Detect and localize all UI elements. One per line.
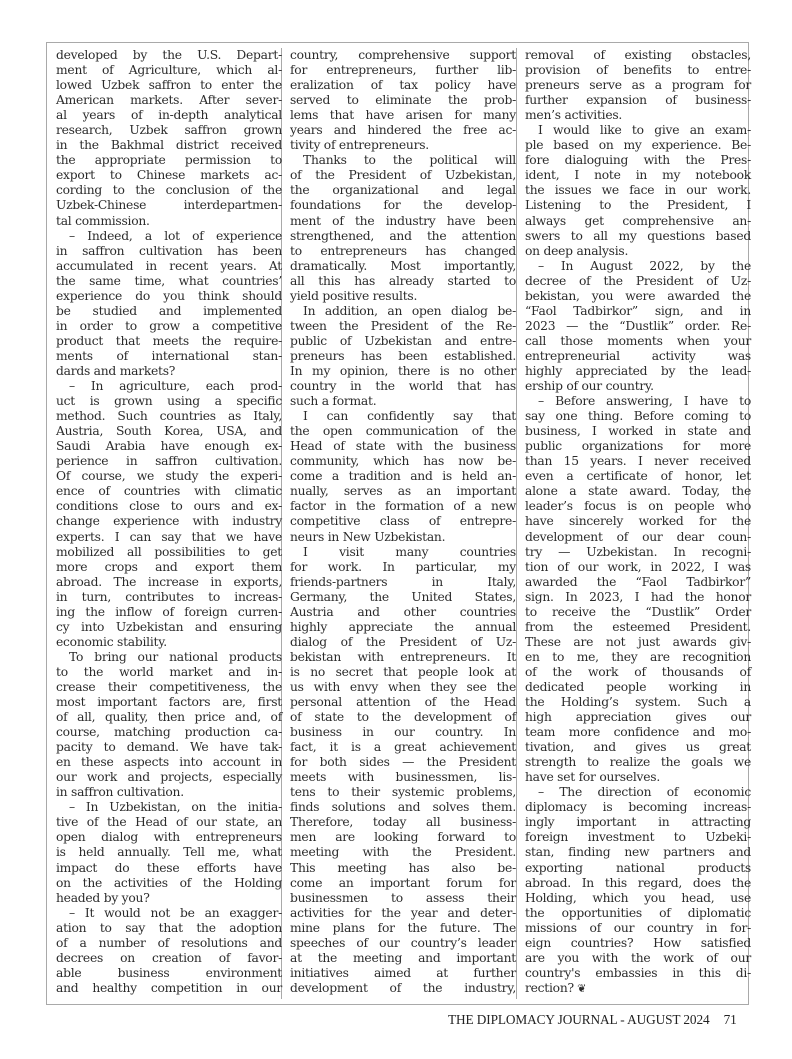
text-line: en to me, they are recognition — [525, 650, 751, 665]
text-line: mobilized all possibilities to get — [56, 545, 282, 560]
line-text: most important factors are, first — [56, 695, 282, 709]
text-line: Austria, South Korea, USA, and — [56, 424, 282, 439]
text-line: country, comprehensive support — [290, 48, 516, 63]
line-text: all this has already started to — [290, 274, 516, 288]
text-line: – Indeed, a lot of experience — [56, 229, 282, 244]
text-line: and healthy competition in our — [56, 981, 282, 996]
line-text: perience in saffron cultivation. — [56, 454, 282, 468]
text-line: business, I worked in state and — [525, 424, 751, 439]
text-line: tivation, and gives us great — [525, 740, 751, 755]
line-text: have sincerely worked for the — [525, 514, 751, 528]
text-line: at the meeting and important — [290, 951, 516, 966]
text-line: country in the world that has — [290, 379, 516, 394]
text-line: have sincerely worked for the — [525, 514, 751, 529]
text-line: en these aspects into account in — [56, 755, 282, 770]
line-text: highly appreciated by the lead- — [525, 364, 751, 378]
line-text: en to me, they are recognition — [525, 650, 751, 664]
line-text: nually, serves as an important — [290, 484, 516, 498]
line-text: mine plans for the future. The — [290, 921, 516, 935]
text-line: In addition, an open dialog be- — [290, 304, 516, 319]
text-line: bekistan with entrepreneurs. It — [290, 650, 516, 665]
text-line: Holding, which you head, use — [525, 891, 751, 906]
text-line: fore dialoguing with the Pres- — [525, 153, 751, 168]
line-text: ment of Agriculture, which al- — [56, 63, 282, 77]
line-text: for both sides — the President — [290, 755, 516, 769]
line-text: from the esteemed President. — [525, 620, 751, 634]
text-line: ment of Agriculture, which al- — [56, 63, 282, 78]
line-text: Therefore, today all business- — [290, 815, 516, 829]
text-line: developed by the U.S. Depart- — [56, 48, 282, 63]
line-text: years and hindered the free ac- — [290, 123, 516, 137]
line-text: I can confidently say that — [303, 409, 516, 423]
line-text: exporting national products — [525, 861, 751, 875]
line-text: Listening to the President, I — [525, 198, 751, 212]
line-text: research, Uzbek saffron grown — [56, 123, 282, 137]
text-line: ing the inflow of foreign curren- — [56, 605, 282, 620]
line-text: This meeting has also be- — [290, 861, 516, 875]
text-line: us with envy when they see the — [290, 680, 516, 695]
text-line: ence of countries with climatic — [56, 484, 282, 499]
line-text: have set for ourselves. — [525, 770, 660, 784]
line-text: – It would not be an exagger- — [69, 906, 282, 920]
line-text: lowed Uzbek saffron to enter the — [56, 78, 282, 92]
line-text: stan, finding new partners and — [525, 845, 751, 859]
line-text: abroad. In this regard, does the — [525, 876, 751, 890]
line-text: in saffron cultivation. — [56, 785, 184, 799]
text-line: fact, it is a great achievement — [290, 740, 516, 755]
text-line: rection? ❦ — [525, 981, 751, 996]
line-text: cording to the conclusion of the — [56, 183, 282, 197]
line-text: eign countries? How satisfied — [525, 936, 751, 950]
line-text: product that meets the require- — [56, 334, 282, 348]
line-text: call those moments when your — [525, 334, 751, 348]
line-text: sign. In 2023, I had the honor — [525, 590, 751, 604]
line-text: country's embassies in this di- — [525, 966, 751, 980]
text-line: tween the President of the Re- — [290, 319, 516, 334]
text-line: – In August 2022, by the — [525, 259, 751, 274]
text-line: cy into Uzbekistan and ensuring — [56, 620, 282, 635]
text-line: finds solutions and solves them. — [290, 800, 516, 815]
text-line: stan, finding new partners and — [525, 845, 751, 860]
line-text: In my opinion, there is no other — [290, 364, 516, 378]
text-line: country's embassies in this di- — [525, 966, 751, 981]
line-text: Austria, South Korea, USA, and — [56, 424, 282, 438]
line-text: strengthened, and the attention — [290, 229, 516, 243]
line-text: tween the President of the Re- — [290, 319, 516, 333]
text-line: – It would not be an exagger- — [56, 906, 282, 921]
text-line: the open communication of the — [290, 424, 516, 439]
article-column-3: removal of existing obstacles,provision … — [525, 48, 751, 996]
line-text: in turn, contributes to increas- — [56, 590, 282, 604]
text-line: perience in saffron cultivation. — [56, 454, 282, 469]
line-text: missions of our country in for- — [525, 921, 751, 935]
text-line: tive of the Head of our state, an — [56, 815, 282, 830]
line-text: yield positive results. — [290, 289, 417, 303]
line-text: development of the industry, — [290, 981, 516, 995]
text-line: preneurs serve as a program for — [525, 78, 751, 93]
line-text: impact do these efforts have — [56, 861, 282, 875]
text-line: men’s activities. — [525, 108, 751, 123]
text-line: export to Chinese markets ac- — [56, 168, 282, 183]
line-text: crease their competitiveness, the — [56, 680, 282, 694]
text-line: to receive the “Dustlik” Order — [525, 605, 751, 620]
line-text: us with envy when they see the — [290, 680, 516, 694]
line-text: ments of international stan- — [56, 349, 282, 363]
page-footer: THE DIPLOMACY JOURNAL - AUGUST 202471 — [448, 1012, 737, 1028]
text-line: for both sides — the President — [290, 755, 516, 770]
line-text: Head of state with the business — [290, 439, 516, 453]
text-line: ingly important in attracting — [525, 815, 751, 830]
text-line: decree of the President of Uz- — [525, 274, 751, 289]
text-line: change experience with industry — [56, 514, 282, 529]
line-text: In addition, an open dialog be- — [303, 304, 516, 318]
text-line: economic stability. — [56, 635, 282, 650]
line-text: preneurs serve as a program for — [525, 78, 751, 92]
text-line: are you with the work of our — [525, 951, 751, 966]
line-text: business in our country. In — [290, 725, 516, 739]
text-line: highly appreciate the annual — [290, 620, 516, 635]
text-line: public organizations for more — [525, 439, 751, 454]
text-line: development of our dear coun- — [525, 530, 751, 545]
text-line: I would like to give an exam- — [525, 123, 751, 138]
text-line: to entrepreneurs has changed — [290, 244, 516, 259]
line-text: bekistan, you were awarded the — [525, 289, 751, 303]
text-line: impact do these efforts have — [56, 861, 282, 876]
text-line: personal attention of the Head — [290, 695, 516, 710]
line-text: pacity to demand. We have tak- — [56, 740, 282, 754]
text-line: is held annually. Tell me, what — [56, 845, 282, 860]
text-line: for work. In particular, my — [290, 560, 516, 575]
text-line: lems that have arisen for many — [290, 108, 516, 123]
line-text: community, which has now be- — [290, 454, 516, 468]
line-text: strength to realize the goals we — [525, 755, 751, 769]
text-line: conditions close to ours and ex- — [56, 499, 282, 514]
line-text: Of course, we study the experi- — [56, 469, 282, 483]
line-text: provision of benefits to entre- — [525, 63, 751, 77]
text-line: from the esteemed President. — [525, 620, 751, 635]
line-text: public organizations for more — [525, 439, 751, 453]
text-line: on deep analysis. — [525, 244, 751, 259]
text-line: team more confidence and mo- — [525, 725, 751, 740]
line-text: – Before answering, I have to — [538, 394, 751, 408]
text-line: bekistan, you were awarded the — [525, 289, 751, 304]
text-line: To bring our national products — [56, 650, 282, 665]
line-text: Saudi Arabia have enough ex- — [56, 439, 282, 453]
text-line: strengthened, and the attention — [290, 229, 516, 244]
line-text: swers to all my questions based — [525, 229, 751, 243]
line-text: is held annually. Tell me, what — [56, 845, 282, 859]
text-line: years and hindered the free ac- — [290, 123, 516, 138]
line-text: foundations for the develop- — [290, 198, 516, 212]
text-line: Austria and other countries — [290, 605, 516, 620]
line-text: I would like to give an exam- — [538, 123, 751, 137]
text-line: ment of the industry have been — [290, 214, 516, 229]
text-line: cording to the conclusion of the — [56, 183, 282, 198]
line-text: of state to the development of — [290, 710, 516, 724]
line-text: high appreciation gives our — [525, 710, 751, 724]
text-line: open dialog with entrepreneurs — [56, 830, 282, 845]
line-text: our work and projects, especially — [56, 770, 282, 784]
text-line: of all, quality, then price and, of — [56, 710, 282, 725]
text-line: – The direction of economic — [525, 785, 751, 800]
text-line: awarded the “Faol Tadbirkor” — [525, 575, 751, 590]
line-text: dramatically. Most importantly, — [290, 259, 516, 273]
text-line: Thanks to the political will — [290, 153, 516, 168]
text-line: neurs in New Uzbekistan. — [290, 530, 516, 545]
text-line: In my opinion, there is no other — [290, 364, 516, 379]
text-line: This meeting has also be- — [290, 861, 516, 876]
line-text: than 15 years. I never received — [525, 454, 751, 468]
text-line: community, which has now be- — [290, 454, 516, 469]
line-text: more crops and export them — [56, 560, 282, 574]
line-text: economic stability. — [56, 635, 167, 649]
line-text: to entrepreneurs has changed — [290, 244, 516, 258]
line-text: the opportunities of diplomatic — [525, 906, 751, 920]
text-line: Head of state with the business — [290, 439, 516, 454]
line-text: the appropriate permission to — [56, 153, 282, 167]
line-text: alone a state award. Today, the — [525, 484, 751, 498]
line-text: I visit many countries — [303, 545, 516, 559]
text-line: meeting with the President. — [290, 845, 516, 860]
line-text: ple based on my experience. Be- — [525, 138, 751, 152]
line-text: ation to say that the adoption — [56, 921, 282, 935]
line-text: – In August 2022, by the — [538, 259, 751, 273]
text-line: – Before answering, I have to — [525, 394, 751, 409]
line-text: and healthy competition in our — [56, 981, 282, 995]
line-text: course, matching production ca- — [56, 725, 282, 739]
line-text: at the meeting and important — [290, 951, 516, 965]
text-line: dialog of the President of Uz- — [290, 635, 516, 650]
line-text: served to eliminate the prob- — [290, 93, 516, 107]
text-line: high appreciation gives our — [525, 710, 751, 725]
line-text: diplomacy is becoming increas- — [525, 800, 751, 814]
text-line: in saffron cultivation has been — [56, 244, 282, 259]
line-text: ence of countries with climatic — [56, 484, 282, 498]
text-line: ident, I note in my notebook — [525, 168, 751, 183]
text-line: – In Uzbekistan, on the initia- — [56, 800, 282, 815]
text-line: abroad. In this regard, does the — [525, 876, 751, 891]
line-text: on the activities of the Holding — [56, 876, 282, 890]
line-text: meeting with the President. — [290, 845, 516, 859]
line-text: ing the inflow of foreign curren- — [56, 605, 282, 619]
line-text: Thanks to the political will — [303, 153, 516, 167]
text-line: more crops and export them — [56, 560, 282, 575]
text-line: tens to their systemic problems, — [290, 785, 516, 800]
text-line: entrepreneurial activity was — [525, 349, 751, 364]
line-text: businessmen to assess their — [290, 891, 516, 905]
text-line: pacity to demand. We have tak- — [56, 740, 282, 755]
line-text: dialog of the President of Uz- — [290, 635, 516, 649]
text-line: leader’s focus is on people who — [525, 499, 751, 514]
text-line: competitive class of entrepre- — [290, 514, 516, 529]
text-line: abroad. The increase in exports, — [56, 575, 282, 590]
line-text: speeches of our country’s leader — [290, 936, 516, 950]
text-line: businessmen to assess their — [290, 891, 516, 906]
line-text: cy into Uzbekistan and ensuring — [56, 620, 282, 634]
line-text: awarded the “Faol Tadbirkor” — [525, 575, 751, 589]
line-text: – Indeed, a lot of experience — [69, 229, 282, 243]
text-line: I visit many countries — [290, 545, 516, 560]
text-line: al years of in-depth analytical — [56, 108, 282, 123]
text-line: lowed Uzbek saffron to enter the — [56, 78, 282, 93]
line-text: business, I worked in state and — [525, 424, 751, 438]
text-line: always get comprehensive an- — [525, 214, 751, 229]
text-line: be studied and implemented — [56, 304, 282, 319]
line-text: competitive class of entrepre- — [290, 514, 516, 528]
line-text: say one thing. Before coming to — [525, 409, 751, 423]
line-text: try — Uzbekistan. In recogni- — [525, 545, 751, 559]
end-mark-emblem-icon: ❦ — [574, 982, 586, 995]
line-text: change experience with industry — [56, 514, 282, 528]
line-text: ident, I note in my notebook — [525, 168, 751, 182]
text-line: of a number of resolutions and — [56, 936, 282, 951]
line-text: the open communication of the — [290, 424, 516, 438]
line-text: finds solutions and solves them. — [290, 800, 516, 814]
line-text: such a format. — [290, 394, 376, 408]
text-line: ple based on my experience. Be- — [525, 138, 751, 153]
text-line: of state to the development of — [290, 710, 516, 725]
text-line: able business environment — [56, 966, 282, 981]
line-text: Uzbek-Chinese interdepartmen- — [56, 198, 282, 212]
text-line: in saffron cultivation. — [56, 785, 282, 800]
line-text: removal of existing obstacles, — [525, 48, 751, 62]
text-line: call those moments when your — [525, 334, 751, 349]
line-text: 2023 — the “Dustlik” order. Re- — [525, 319, 751, 333]
line-text: mobilized all possibilities to get — [56, 545, 282, 559]
text-line: “Faol Tadbirkor” sign, and in — [525, 304, 751, 319]
text-line: research, Uzbek saffron grown — [56, 123, 282, 138]
text-line: accumulated in recent years. At — [56, 259, 282, 274]
text-line: speeches of our country’s leader — [290, 936, 516, 951]
text-line: development of the industry, — [290, 981, 516, 996]
line-text: entrepreneurial activity was — [525, 349, 751, 363]
text-line: tion of our work, in 2022, I was — [525, 560, 751, 575]
text-line: experts. I can say that we have — [56, 530, 282, 545]
text-line: These are not just awards giv- — [525, 635, 751, 650]
line-text: further expansion of business- — [525, 93, 751, 107]
line-text: the organizational and legal — [290, 183, 516, 197]
line-text: “Faol Tadbirkor” sign, and in — [525, 304, 751, 318]
text-line: Germany, the United States, — [290, 590, 516, 605]
line-text: highly appreciate the annual — [290, 620, 516, 634]
text-line: the opportunities of diplomatic — [525, 906, 751, 921]
text-line: tal commission. — [56, 214, 282, 229]
line-text: abroad. The increase in exports, — [56, 575, 282, 589]
line-text: method. Such countries as Italy, — [56, 409, 282, 423]
line-text: dards and markets? — [56, 364, 175, 378]
text-line: meets with businessmen, lis- — [290, 770, 516, 785]
line-text: ingly important in attracting — [525, 815, 751, 829]
line-text: always get comprehensive an- — [525, 214, 751, 228]
text-line: crease their competitiveness, the — [56, 680, 282, 695]
text-line: in the Bakhmal district received — [56, 138, 282, 153]
line-text: development of our dear coun- — [525, 530, 751, 544]
text-line: diplomacy is becoming increas- — [525, 800, 751, 815]
line-text: for work. In particular, my — [290, 560, 516, 574]
text-line: have set for ourselves. — [525, 770, 751, 785]
journal-title: THE DIPLOMACY JOURNAL - AUGUST 2024 — [448, 1012, 710, 1027]
line-text: of the work of thousands of — [525, 665, 751, 679]
text-line: for entrepreneurs, further lib- — [290, 63, 516, 78]
text-line: Uzbek-Chinese interdepartmen- — [56, 198, 282, 213]
text-line: preneurs has been established. — [290, 349, 516, 364]
line-text: headed by you? — [56, 891, 150, 905]
line-text: – The direction of economic — [538, 785, 751, 799]
page-number: 71 — [724, 1012, 737, 1028]
text-line: uct is grown using a specific — [56, 394, 282, 409]
text-line: dedicated people working in — [525, 680, 751, 695]
line-text: is no secret that people look at — [290, 665, 516, 679]
line-text: tivation, and gives us great — [525, 740, 751, 754]
text-line: our work and projects, especially — [56, 770, 282, 785]
text-line: exporting national products — [525, 861, 751, 876]
text-line: method. Such countries as Italy, — [56, 409, 282, 424]
line-text: the Holding’s system. Such a — [525, 695, 751, 709]
text-line: served to eliminate the prob- — [290, 93, 516, 108]
article-column-1: developed by the U.S. Depart-ment of Agr… — [56, 48, 282, 996]
text-line: the organizational and legal — [290, 183, 516, 198]
text-line: initiatives aimed at further — [290, 966, 516, 981]
line-text: en these aspects into account in — [56, 755, 282, 769]
text-line: dramatically. Most importantly, — [290, 259, 516, 274]
text-line: headed by you? — [56, 891, 282, 906]
text-line: 2023 — the “Dustlik” order. Re- — [525, 319, 751, 334]
text-line: decrees on creation of favor- — [56, 951, 282, 966]
text-line: ership of our country. — [525, 379, 751, 394]
text-line: business in our country. In — [290, 725, 516, 740]
line-text: leader’s focus is on people who — [525, 499, 751, 513]
line-text: accumulated in recent years. At — [56, 259, 282, 273]
line-text: team more confidence and mo- — [525, 725, 751, 739]
line-text: rection? — [525, 981, 574, 995]
text-line: missions of our country in for- — [525, 921, 751, 936]
text-line: of the work of thousands of — [525, 665, 751, 680]
text-line: activities for the year and deter- — [290, 906, 516, 921]
text-line: nually, serves as an important — [290, 484, 516, 499]
line-text: public of Uzbekistan and entre- — [290, 334, 516, 348]
line-text: Germany, the United States, — [290, 590, 516, 604]
line-text: fore dialoguing with the Pres- — [525, 153, 751, 167]
line-text: in order to grow a competitive — [56, 319, 282, 333]
text-line: friends-partners in Italy, — [290, 575, 516, 590]
line-text: tive of the Head of our state, an — [56, 815, 282, 829]
line-text: men’s activities. — [525, 108, 622, 122]
line-text: open dialog with entrepreneurs — [56, 830, 282, 844]
line-text: bekistan with entrepreneurs. It — [290, 650, 516, 664]
line-text: be studied and implemented — [56, 304, 282, 318]
line-text: tal commission. — [56, 214, 150, 228]
text-line: sign. In 2023, I had the honor — [525, 590, 751, 605]
line-text: of a number of resolutions and — [56, 936, 282, 950]
line-text: decrees on creation of favor- — [56, 951, 282, 965]
text-line: come a tradition and is held an- — [290, 469, 516, 484]
line-text: to the world market and in- — [56, 665, 282, 679]
line-text: of the President of Uzbekistan, — [290, 168, 516, 182]
line-text: lems that have arisen for many — [290, 108, 516, 122]
line-text: men are looking forward to — [290, 830, 516, 844]
line-text: country, comprehensive support — [290, 48, 516, 62]
text-line: American markets. After sever- — [56, 93, 282, 108]
text-line: in order to grow a competitive — [56, 319, 282, 334]
text-line: strength to realize the goals we — [525, 755, 751, 770]
line-text: able business environment — [56, 966, 282, 980]
line-text: country in the world that has — [290, 379, 516, 393]
text-line: even a certificate of honor, let — [525, 469, 751, 484]
text-line: foundations for the develop- — [290, 198, 516, 213]
text-line: Of course, we study the experi- — [56, 469, 282, 484]
text-line: removal of existing obstacles, — [525, 48, 751, 63]
line-text: come an important forum for — [290, 876, 516, 890]
